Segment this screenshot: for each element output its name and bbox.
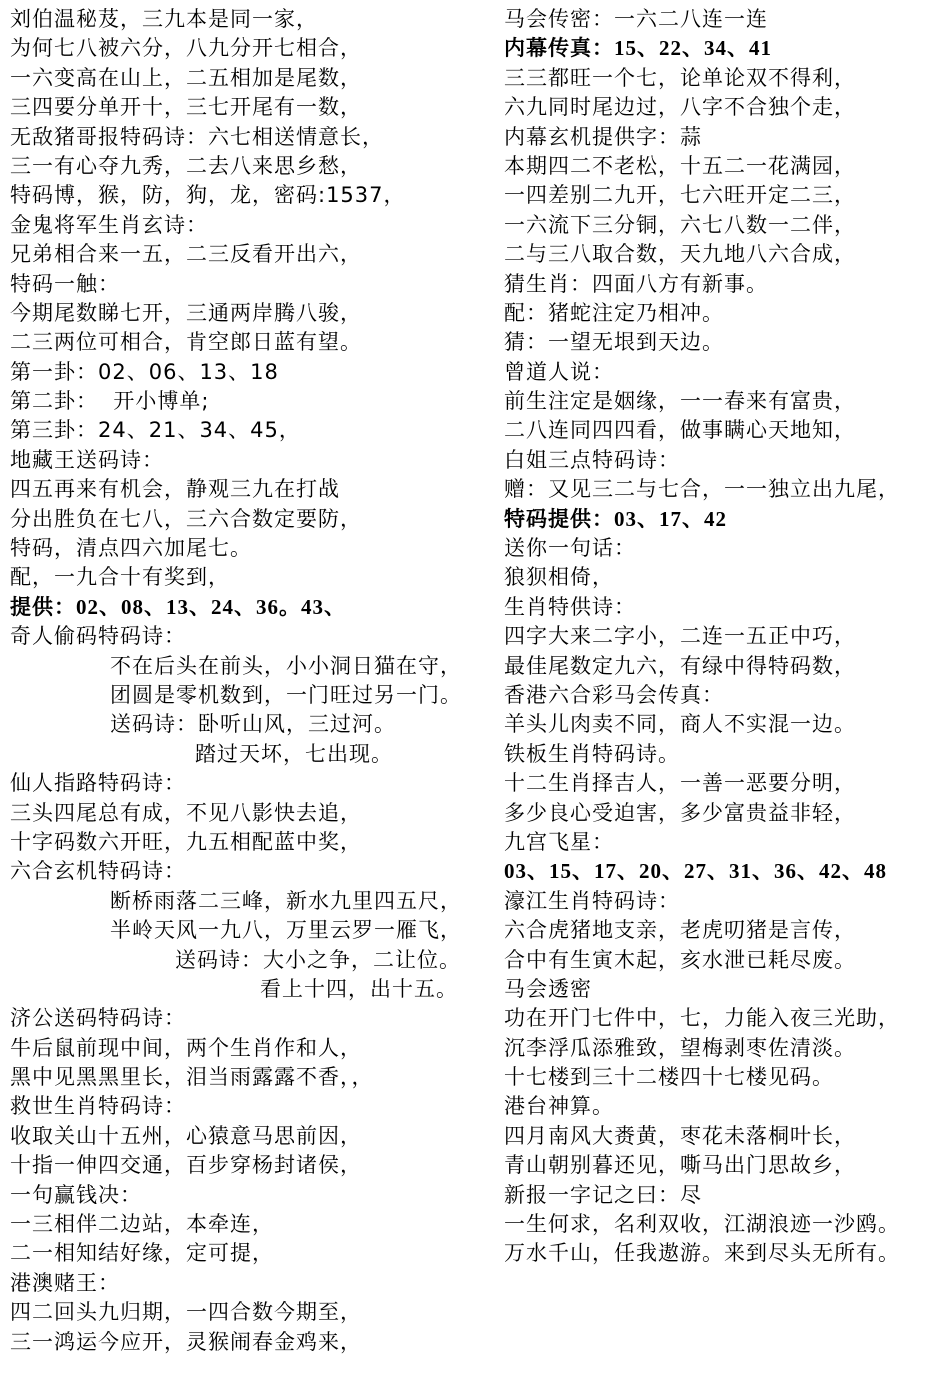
- text-line: 第二卦： 开小博单;: [10, 387, 498, 416]
- text-line: 仙人指路特码诗：: [10, 769, 498, 798]
- text-segment: 沉李浮瓜添雅致，望梅剥枣佐清淡。: [504, 1036, 856, 1060]
- text-segment: 看上十四，出十五。: [260, 977, 458, 1001]
- text-line: 不在后头在前头，小小洞日猫在守，: [10, 652, 498, 681]
- text-segment: 新报一字记之曰：尽: [504, 1183, 702, 1207]
- text-line: 今期尾数睇七开，三通两岸腾八骏，: [10, 299, 498, 328]
- text-segment: 二与三八取合数，天九地八六合成，: [504, 242, 856, 266]
- bold-number-segment: 特码提供：: [504, 507, 614, 531]
- text-segment: 十指一伸四交通，百步穿杨封诸侯，: [10, 1153, 362, 1177]
- bold-number-segment: 提供：: [10, 595, 76, 619]
- text-segment: 为何七八被六分，八九分开七相合，: [10, 36, 362, 60]
- text-line: 赠：又见三二与七合，一一独立出九尾，: [504, 475, 932, 504]
- text-segment: 牛后鼠前现中间，两个生肖作和人，: [10, 1036, 362, 1060]
- text-line: 一生何求，名利双收，江湖浪迹一沙鸥。: [504, 1210, 932, 1239]
- bold-number-segment: 03、15、17、20、27、31、36、42、48: [504, 859, 887, 883]
- text-segment: 三三都旺一个七，论单论双不得利，: [504, 66, 856, 90]
- text-segment: 一六变高在山上，二五相加是尾数，: [10, 66, 362, 90]
- text-line: 一四差别二九开，七六旺开定二三，: [504, 181, 932, 210]
- text-line: 二一相知结好缘，定可提，: [10, 1239, 498, 1268]
- text-line: 一六流下三分铜，六七八数一二伴，: [504, 211, 932, 240]
- right-text-column: 马会传密：一六二八连一连内幕传真：15、22、34、41三三都旺一个七，论单论双…: [504, 5, 932, 1269]
- text-line: 二与三八取合数，天九地八六合成，: [504, 240, 932, 269]
- text-segment: 十七楼到三十二楼四十七楼见码。: [504, 1065, 834, 1089]
- text-segment: 仙人指路特码诗：: [10, 771, 186, 795]
- text-segment: 三一鸿运今应开，灵猴闹春金鸡来，: [10, 1330, 362, 1354]
- text-segment: 今期尾数睇七开，三通两岸腾八骏，: [10, 301, 362, 325]
- text-line: 前生注定是姻缘，一一春来有富贵，: [504, 387, 932, 416]
- text-line: 牛后鼠前现中间，两个生肖作和人，: [10, 1034, 498, 1063]
- text-segment: 无敌猪哥报特码诗：六七相送情意长，: [10, 125, 384, 149]
- text-segment: 曾道人说：: [504, 360, 614, 384]
- text-segment: 济公送码特码诗：: [10, 1006, 186, 1030]
- text-segment: 不在后头在前头，小小洞日猫在守，: [110, 654, 462, 678]
- text-line: 一三相伴二边站，本牵连，: [10, 1210, 498, 1239]
- text-segment: 团圆是零机数到，一门旺过另一门。: [110, 683, 462, 707]
- text-line: 羊头儿肉卖不同，商人不实混一边。: [504, 710, 932, 739]
- text-segment: 香港六合彩马会传真：: [504, 683, 724, 707]
- text-segment: 一四差别二九开，七六旺开定二三，: [504, 183, 856, 207]
- text-line: 一句赢钱决：: [10, 1181, 498, 1210]
- bold-number-segment: 03、17、42: [614, 507, 727, 531]
- text-segment: 青山朝别暮还见，嘶马出门思故乡，: [504, 1153, 856, 1177]
- text-segment: 濠江生肖特码诗：: [504, 889, 680, 913]
- text-line: 第三卦：24、21、34、45，: [10, 416, 498, 445]
- text-segment: 配：猪蛇注定乃相冲。: [504, 301, 724, 325]
- text-segment: 九宫飞星：: [504, 830, 614, 854]
- text-line: 送你一句话：: [504, 534, 932, 563]
- text-segment: 四字大来二字小，二连一五正中巧，: [504, 624, 856, 648]
- text-segment: 六合虎猪地支亲，老虎叨猪是言传，: [504, 918, 856, 942]
- text-line: 三一有心夺九秀，二去八来思乡愁，: [10, 152, 498, 181]
- text-segment: 马会透密: [504, 977, 592, 1001]
- text-segment: 三头四尾总有成，不见八影快去追，: [10, 801, 362, 825]
- text-segment: 四月南风大赉黄，枣花未落桐叶长，: [504, 1124, 856, 1148]
- text-line: 金鬼将军生肖玄诗：: [10, 211, 498, 240]
- text-line: 香港六合彩马会传真：: [504, 681, 932, 710]
- text-line: 踏过天坏，七出现。: [10, 740, 498, 769]
- text-segment: 三四要分单开十，三七开尾有一数，: [10, 95, 362, 119]
- text-segment: 一三相伴二边站，本牵连，: [10, 1212, 274, 1236]
- text-line: 无敌猪哥报特码诗：六七相送情意长，: [10, 123, 498, 152]
- text-line: 港台神算。: [504, 1092, 932, 1121]
- text-line: 六合虎猪地支亲，老虎叨猪是言传，: [504, 916, 932, 945]
- text-segment: 特码博，猴，防，狗，龙，密码:1537，: [10, 183, 406, 207]
- bold-number-segment: 15、22、34、41: [614, 36, 772, 60]
- text-line: 港澳赌王：: [10, 1269, 498, 1298]
- text-line: 九宫飞星：: [504, 828, 932, 857]
- text-segment: 三一有心夺九秀，二去八来思乡愁，: [10, 154, 362, 178]
- text-line: 最佳尾数定九六，有绿中得特码数，: [504, 652, 932, 681]
- text-line: 三三都旺一个七，论单论双不得利，: [504, 64, 932, 93]
- text-line: 曾道人说：: [504, 358, 932, 387]
- text-segment: 六合玄机特码诗：: [10, 859, 186, 883]
- text-segment: 十字码数六开旺，九五相配蓝中奖，: [10, 830, 362, 854]
- text-segment: 四五再来有机会，静观三九在打战: [10, 477, 340, 501]
- text-segment: 猜生肖：四面八方有新事。: [504, 272, 768, 296]
- text-line: 提供：02、08、13、24、36。43、: [10, 593, 498, 622]
- text-line: 团圆是零机数到，一门旺过另一门。: [10, 681, 498, 710]
- text-line: 白姐三点特码诗：: [504, 446, 932, 475]
- text-line: 三头四尾总有成，不见八影快去追，: [10, 799, 498, 828]
- bold-number-segment: 内幕传真：: [504, 36, 614, 60]
- text-line: 看上十四，出十五。: [10, 975, 498, 1004]
- text-line: 内幕玄机提供字：蒜: [504, 123, 932, 152]
- text-segment: 断桥雨落二三峰，新水九里四五尺，: [110, 889, 462, 913]
- text-line: 兄弟相合来一五，二三反看开出六，: [10, 240, 498, 269]
- bold-number-segment: 02、08、13、24、36。43、: [76, 595, 346, 619]
- text-segment: 最佳尾数定九六，有绿中得特码数，: [504, 654, 856, 678]
- text-line: 送码诗：卧听山风，三过河。: [10, 710, 498, 739]
- text-segment: 生肖特供诗：: [504, 595, 636, 619]
- text-segment: 特码，清点四六加尾七。: [10, 536, 252, 560]
- text-line: 六合玄机特码诗：: [10, 857, 498, 886]
- text-segment: 赠：又见三二与七合，一一独立出九尾，: [504, 477, 900, 501]
- text-segment: 铁板生肖特码诗。: [504, 742, 680, 766]
- text-line: 功在开门七件中，七，力能入夜三光助，: [504, 1004, 932, 1033]
- text-segment: 第一卦：02、06、13、18: [10, 360, 279, 384]
- text-segment: 多少良心受迫害，多少富贵益非轻，: [504, 801, 856, 825]
- text-segment: 一生何求，名利双收，江湖浪迹一沙鸥。: [504, 1212, 900, 1236]
- text-segment: 马会传密：一六二八连一连: [504, 7, 768, 31]
- text-line: 第一卦：02、06、13、18: [10, 358, 498, 387]
- text-line: 十七楼到三十二楼四十七楼见码。: [504, 1063, 932, 1092]
- text-segment: 猜：一望无垠到天边。: [504, 330, 724, 354]
- text-segment: 狼狈相倚，: [504, 565, 614, 589]
- text-line: 收取关山十五州，心猿意马思前因，: [10, 1122, 498, 1151]
- text-line: 二八连同四四看，做事瞒心天地知，: [504, 416, 932, 445]
- text-line: 特码博，猴，防，狗，龙，密码:1537，: [10, 181, 498, 210]
- text-segment: 港台神算。: [504, 1094, 614, 1118]
- text-segment: 奇人偷码特码诗：: [10, 624, 186, 648]
- text-segment: 白姐三点特码诗：: [504, 448, 680, 472]
- text-segment: 收取关山十五州，心猿意马思前因，: [10, 1124, 362, 1148]
- text-segment: 万水千山，任我遨游。来到尽头无所有。: [504, 1241, 900, 1265]
- text-line: 新报一字记之曰：尽: [504, 1181, 932, 1210]
- text-segment: 黑中见黑黑里长，泪当雨露露不香，，: [10, 1065, 374, 1089]
- text-segment: 二三两位可相合，肯空郎日蓝有望。: [10, 330, 362, 354]
- text-line: 济公送码特码诗：: [10, 1004, 498, 1033]
- text-line: 铁板生肖特码诗。: [504, 740, 932, 769]
- text-segment: 功在开门七件中，七，力能入夜三光助，: [504, 1006, 900, 1030]
- text-line: 马会透密: [504, 975, 932, 1004]
- left-text-column: 刘伯温秘芨，三九本是同一家，为何七八被六分，八九分开七相合，一六变高在山上，二五…: [10, 5, 498, 1357]
- text-line: 黑中见黑黑里长，泪当雨露露不香，，: [10, 1063, 498, 1092]
- text-line: 配：猪蛇注定乃相冲。: [504, 299, 932, 328]
- text-segment: 一句赢钱决：: [10, 1183, 142, 1207]
- text-line: 合中有生寅木起，亥水泄已耗尽废。: [504, 946, 932, 975]
- text-line: 救世生肖特码诗：: [10, 1092, 498, 1121]
- text-segment: 送码诗：卧听山风，三过河。: [110, 712, 396, 736]
- text-line: 断桥雨落二三峰，新水九里四五尺，: [10, 887, 498, 916]
- text-line: 多少良心受迫害，多少富贵益非轻，: [504, 799, 932, 828]
- text-line: 三一鸿运今应开，灵猴闹春金鸡来，: [10, 1328, 498, 1357]
- text-line: 地藏王送码诗：: [10, 446, 498, 475]
- text-line: 沉李浮瓜添雅致，望梅剥枣佐清淡。: [504, 1034, 932, 1063]
- text-segment: 送码诗：大小之争，二让位。: [175, 948, 461, 972]
- text-line: 本期四二不老松，十五二一花满园，: [504, 152, 932, 181]
- text-segment: 地藏王送码诗：: [10, 448, 164, 472]
- text-line: 四字大来二字小，二连一五正中巧，: [504, 622, 932, 651]
- text-segment: 十二生肖择吉人，一善一恶要分明，: [504, 771, 856, 795]
- text-line: 为何七八被六分，八九分开七相合，: [10, 34, 498, 63]
- text-segment: 前生注定是姻缘，一一春来有富贵，: [504, 389, 856, 413]
- text-line: 十二生肖择吉人，一善一恶要分明，: [504, 769, 932, 798]
- text-segment: 特码一触：: [10, 272, 120, 296]
- text-line: 四月南风大赉黄，枣花未落桐叶长，: [504, 1122, 932, 1151]
- text-segment: 本期四二不老松，十五二一花满园，: [504, 154, 856, 178]
- text-line: 奇人偷码特码诗：: [10, 622, 498, 651]
- text-segment: 港澳赌王：: [10, 1271, 120, 1295]
- text-line: 马会传密：一六二八连一连: [504, 5, 932, 34]
- text-segment: 二一相知结好缘，定可提，: [10, 1241, 274, 1265]
- text-line: 濠江生肖特码诗：: [504, 887, 932, 916]
- text-line: 配，一九合十有奖到，: [10, 563, 498, 592]
- text-segment: 踏过天坏，七出现。: [195, 742, 393, 766]
- text-line: 猜：一望无垠到天边。: [504, 328, 932, 357]
- text-segment: 合中有生寅木起，亥水泄已耗尽废。: [504, 948, 856, 972]
- text-segment: 四二回头九归期，一四合数今期至，: [10, 1300, 362, 1324]
- text-segment: 六九同时尾边过，八字不合独个走，: [504, 95, 856, 119]
- text-line: 送码诗：大小之争，二让位。: [10, 946, 498, 975]
- text-segment: 第三卦：24、21、34、45，: [10, 418, 301, 442]
- text-segment: 第二卦： 开小博单;: [10, 389, 209, 413]
- text-line: 特码提供：03、17、42: [504, 505, 932, 534]
- text-segment: 一六流下三分铜，六七八数一二伴，: [504, 213, 856, 237]
- text-line: 猜生肖：四面八方有新事。: [504, 270, 932, 299]
- text-segment: 救世生肖特码诗：: [10, 1094, 186, 1118]
- tip-sheet-page: 刘伯温秘芨，三九本是同一家，为何七八被六分，八九分开七相合，一六变高在山上，二五…: [0, 0, 935, 1388]
- text-line: 三四要分单开十，三七开尾有一数，: [10, 93, 498, 122]
- text-line: 03、15、17、20、27、31、36、42、48: [504, 857, 932, 886]
- text-line: 内幕传真：15、22、34、41: [504, 34, 932, 63]
- text-line: 刘伯温秘芨，三九本是同一家，: [10, 5, 498, 34]
- text-line: 半岭天风一九八，万里云罗一雁飞，: [10, 916, 498, 945]
- text-segment: 兄弟相合来一五，二三反看开出六，: [10, 242, 362, 266]
- text-line: 万水千山，任我遨游。来到尽头无所有。: [504, 1239, 932, 1268]
- text-segment: 分出胜负在七八，三六合数定要防，: [10, 507, 362, 531]
- text-line: 特码，清点四六加尾七。: [10, 534, 498, 563]
- text-segment: 二八连同四四看，做事瞒心天地知，: [504, 418, 856, 442]
- text-line: 特码一触：: [10, 270, 498, 299]
- text-segment: 金鬼将军生肖玄诗：: [10, 213, 208, 237]
- text-line: 分出胜负在七八，三六合数定要防，: [10, 505, 498, 534]
- text-segment: 配，一九合十有奖到，: [10, 565, 230, 589]
- text-line: 四五再来有机会，静观三九在打战: [10, 475, 498, 504]
- text-segment: 送你一句话：: [504, 536, 636, 560]
- text-line: 十字码数六开旺，九五相配蓝中奖，: [10, 828, 498, 857]
- text-segment: 刘伯温秘芨，三九本是同一家，: [10, 7, 318, 31]
- text-segment: 内幕玄机提供字：蒜: [504, 125, 702, 149]
- text-segment: 半岭天风一九八，万里云罗一雁飞，: [110, 918, 462, 942]
- text-line: 狼狈相倚，: [504, 563, 932, 592]
- text-line: 十指一伸四交通，百步穿杨封诸侯，: [10, 1151, 498, 1180]
- text-line: 六九同时尾边过，八字不合独个走，: [504, 93, 932, 122]
- text-line: 青山朝别暮还见，嘶马出门思故乡，: [504, 1151, 932, 1180]
- text-line: 一六变高在山上，二五相加是尾数，: [10, 64, 498, 93]
- text-line: 二三两位可相合，肯空郎日蓝有望。: [10, 328, 498, 357]
- text-line: 生肖特供诗：: [504, 593, 932, 622]
- text-segment: 羊头儿肉卖不同，商人不实混一边。: [504, 712, 856, 736]
- text-line: 四二回头九归期，一四合数今期至，: [10, 1298, 498, 1327]
